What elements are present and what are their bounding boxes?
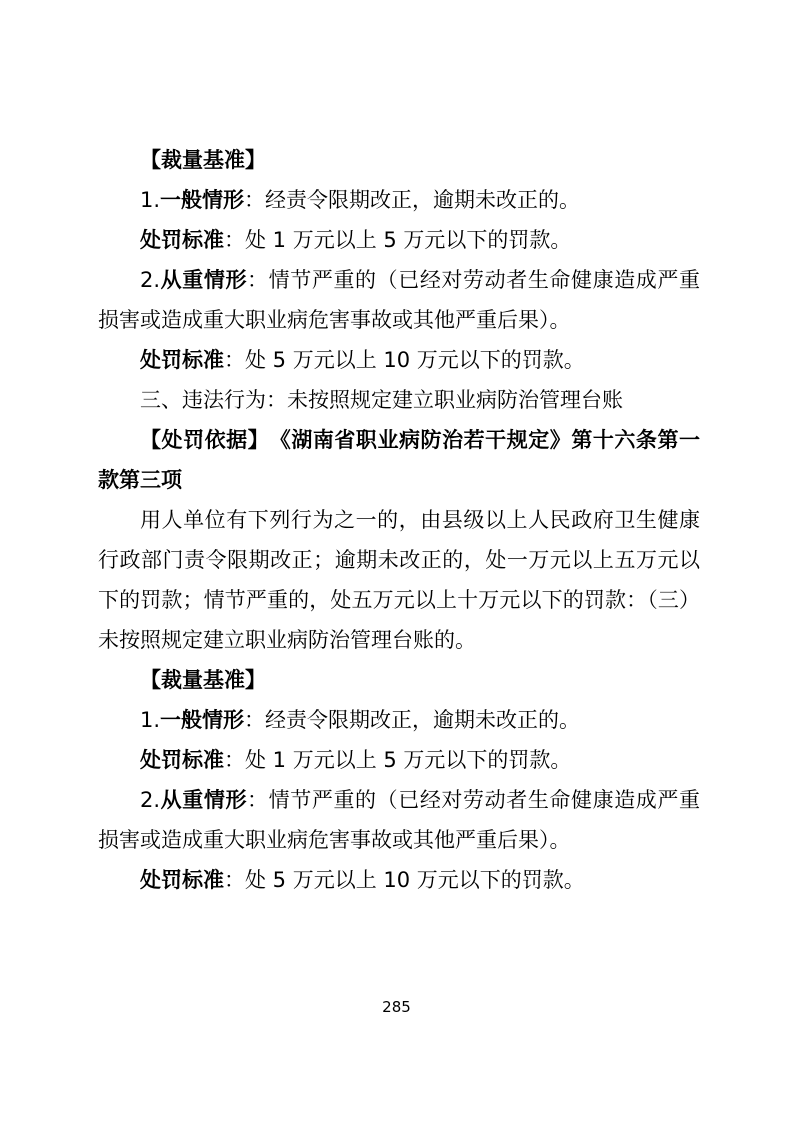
legal-provision-paragraph: 用人单位有下列行为之一的，由县级以上人民政府卫生健康行政部门责令限期改正；逾期未… (98, 500, 700, 660)
penalty-standard-line-3: 处罚标准：处 1 万元以上 5 万元以下的罚款。 (98, 740, 700, 780)
discretion-benchmark-heading-1: 【裁量基准】 (98, 140, 700, 180)
item-number: 2. (140, 268, 160, 292)
penalty-standard-line-4: 处罚标准：处 5 万元以上 10 万元以下的罚款。 (98, 860, 700, 900)
penalty-standard-label: 处罚标准 (140, 868, 224, 892)
penalty-standard-text: ：处 5 万元以上 10 万元以下的罚款。 (224, 348, 585, 372)
item-text: ：经责令限期改正，逾期未改正的。 (244, 188, 580, 212)
item-label-general-case: 一般情形 (160, 708, 244, 732)
item-text: ：经责令限期改正，逾期未改正的。 (244, 708, 580, 732)
penalty-standard-text: ：处 1 万元以上 5 万元以下的罚款。 (224, 228, 571, 252)
penalty-standard-line-1: 处罚标准：处 1 万元以上 5 万元以下的罚款。 (98, 220, 700, 260)
penalty-standard-text: ：处 5 万元以上 10 万元以下的罚款。 (224, 868, 585, 892)
penalty-basis-label: 【处罚依据】 (140, 428, 259, 452)
item-label-general-case: 一般情形 (160, 188, 244, 212)
aggravated-case-line-2: 2.从重情形：情节严重的（已经对劳动者生命健康造成严重损害或造成重大职业病危害事… (98, 780, 700, 860)
penalty-basis-line: 【处罚依据】 《湖南省职业病防治若干规定》第十六条第一款第三项 (98, 420, 700, 500)
penalty-standard-label: 处罚标准 (140, 228, 224, 252)
general-case-line-2: 1.一般情形：经责令限期改正，逾期未改正的。 (98, 700, 700, 740)
penalty-basis-separator (259, 428, 281, 452)
page-number: 285 (0, 997, 793, 1017)
general-case-line-1: 1.一般情形：经责令限期改正，逾期未改正的。 (98, 180, 700, 220)
penalty-standard-label: 处罚标准 (140, 348, 224, 372)
violation-line: 三、违法行为：未按照规定建立职业病防治管理台账 (98, 380, 700, 420)
penalty-standard-line-2: 处罚标准：处 5 万元以上 10 万元以下的罚款。 (98, 340, 700, 380)
item-label-aggravated-case: 从重情形 (160, 788, 247, 812)
document-page: 【裁量基准】 1.一般情形：经责令限期改正，逾期未改正的。 处罚标准：处 1 万… (0, 0, 793, 1122)
aggravated-case-line-1: 2.从重情形：情节严重的（已经对劳动者生命健康造成严重损害或造成重大职业病危害事… (98, 260, 700, 340)
penalty-standard-text: ：处 1 万元以上 5 万元以下的罚款。 (224, 748, 571, 772)
document-content: 【裁量基准】 1.一般情形：经责令限期改正，逾期未改正的。 处罚标准：处 1 万… (98, 140, 700, 900)
item-number: 1. (140, 188, 160, 212)
item-label-aggravated-case: 从重情形 (160, 268, 247, 292)
item-number: 1. (140, 708, 160, 732)
penalty-standard-label: 处罚标准 (140, 748, 224, 772)
item-number: 2. (140, 788, 160, 812)
discretion-benchmark-heading-2: 【裁量基准】 (98, 660, 700, 700)
